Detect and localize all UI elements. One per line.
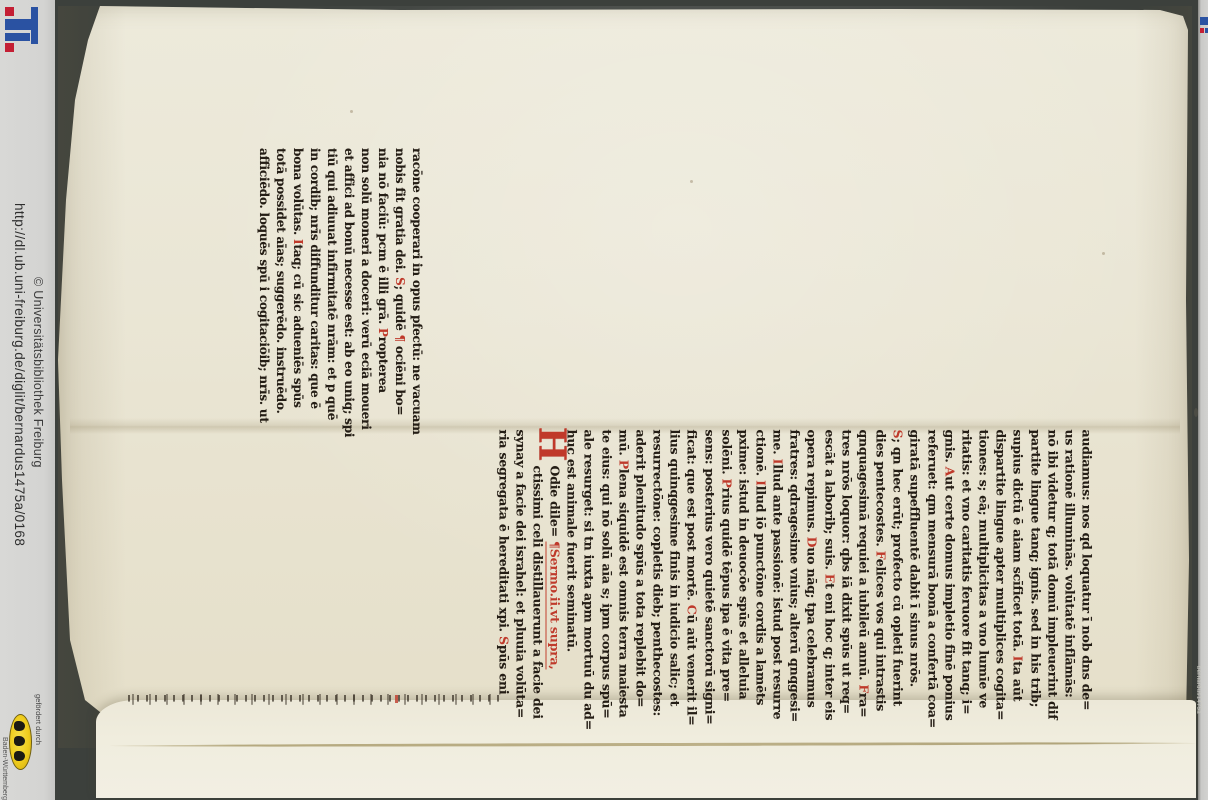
- paper-speck: [690, 180, 693, 183]
- paper-speck: [1102, 252, 1105, 255]
- manuscript-line: partite lingue tanq; ignis. sed in his t…: [1027, 430, 1044, 716]
- manuscript-line: opera repimus. Duo nāq; tpa celebramus: [804, 430, 821, 716]
- ink-text: ctissimi celi distillauerunt a facie dei: [531, 466, 546, 719]
- ink-text: ficat: que est post mortē.: [685, 430, 700, 605]
- manuscript-line: tiū qui adiuuat infirmitatē nrām: et p q…: [323, 148, 340, 420]
- manuscript-line: Odie dile= ¶Sermo.ii.vt supra,: [547, 430, 564, 716]
- ink-text: ociēni bo=: [393, 342, 407, 415]
- manuscript-line: us rationē illuminās. volūtatē inflāmās:: [1061, 430, 1078, 716]
- ink-text: Odie dile=: [548, 466, 563, 542]
- scan-sidebar-left: http://dl.ub.uni-freiburg.de/diglit/bern…: [0, 0, 55, 800]
- manuscript-line: S; qn hec erūt; profecto cū opleti fueri…: [890, 430, 907, 716]
- ink-text: dispartite lingue apter multiplices cogi…: [994, 430, 1009, 721]
- rubric-text: S: [891, 430, 906, 439]
- ink-text: tiones: s; eā; multiplicitas a vno lumīe…: [977, 430, 992, 709]
- ink-text: partite lingue tanq; ignis. sed in his t…: [1028, 430, 1043, 708]
- manuscript-line: racōne cooperari in opus pfectū: ne vacu…: [408, 148, 425, 420]
- ink-text: me.: [771, 430, 786, 459]
- ink-text: synay a facie dei israhel: et pluuia vol…: [513, 430, 528, 719]
- paper-speck: [350, 110, 353, 113]
- ink-text: te eius: qui nō solū aīa s; ipm corpus s…: [599, 430, 614, 719]
- rubric-text: F: [874, 551, 889, 559]
- manuscript-line: qnquagesimā requiei a iubileū annū. Fra=: [855, 430, 872, 716]
- ink-text: aderit plenitudo spūs a tota replebit do…: [633, 430, 648, 708]
- ink-text: ale resurget: si tn iuxta apm mortuū du …: [582, 430, 597, 730]
- shelfmark-label: bernardus1475a: [1195, 666, 1201, 714]
- manuscript-line: in cordib; nrīs diffunditur caritas: que…: [306, 148, 323, 420]
- underpage-text-sliver: [128, 694, 500, 706]
- ink-text: bona volūtas.: [291, 148, 305, 239]
- manuscript-line: synay a facie dei israhel: et pluuia vol…: [512, 430, 529, 716]
- rubric-text: E: [822, 574, 837, 583]
- ink-text: gnis.: [942, 430, 957, 467]
- baden-wuerttemberg-emblem-icon: [9, 714, 32, 770]
- ink-text: totā possidet aīas; suggerēdo. instruēdo…: [274, 148, 288, 414]
- ink-text: elices vos qui intrastis: [874, 559, 889, 711]
- ink-text: opera repimus.: [805, 430, 820, 537]
- rubric-text: S: [393, 277, 407, 285]
- manuscript-line: resurrectōne: copletis dieb; penthecoste…: [649, 430, 666, 716]
- rubric-text: ¶: [393, 335, 407, 342]
- rubric-text: P: [719, 479, 734, 488]
- ink-text: solēni.: [719, 430, 734, 479]
- manuscript-line: nobis fit gratia dei. S; quidē ¶ ociēni …: [391, 148, 408, 420]
- rubric-text: D: [805, 537, 820, 548]
- manuscript-line: nia nō faciū: pcm ē illi grā. Propterea: [374, 148, 391, 420]
- copyright-label: © Universitätsbibliothek Freiburg: [31, 277, 45, 468]
- manuscript-line: referuet: qm mensurā bonā a confertā coa…: [924, 430, 941, 716]
- ink-text: ria segregata ē hereditati xpi.: [496, 430, 511, 637]
- manuscript-line: ale resurget: si tn iuxta apm mortuū du …: [581, 430, 598, 716]
- ink-text: tiū qui adiuuat infirmitatē nrām: et p q…: [325, 148, 339, 420]
- rubric-text: S: [496, 636, 511, 645]
- ink-text: et affici ad bonū necesse est: ab eo uni…: [342, 148, 356, 437]
- manuscript-line: lius quinqgesime finis in iudicio salic;…: [667, 430, 684, 716]
- ink-text: lena siquidē est omnis terra maiesta: [616, 469, 631, 718]
- manuscript-line: ctionē. Illud iō punctōne cordis a lamēt…: [752, 430, 769, 716]
- ink-text: us rationē illuminās. volūtatē inflāmās:: [1062, 430, 1077, 698]
- ink-text: racōne cooperari in opus pfectū: ne vacu…: [410, 148, 424, 435]
- manuscript-line: fratres: qdragesime vnius; alterū qnqges…: [787, 430, 804, 716]
- manuscript-line: dies pentecostes. Felices vos qui intras…: [872, 430, 889, 716]
- ink-text: afficiēdo. loquēs spū i cogitaciōib; nrī…: [257, 148, 271, 423]
- ink-text: tres nrōs loquor: qbs iā dixit spūs ut r…: [839, 430, 854, 714]
- manuscript-column-b: audiamus: nos qd loquatur ī nob dns de=u…: [495, 430, 1096, 716]
- ink-text: mū.: [616, 430, 631, 460]
- manuscript-line: gnis. Aut certe domus impletio finē poni…: [941, 430, 958, 716]
- manuscript-line: escāt a laborib; suis. Et eni hoc q; int…: [821, 430, 838, 716]
- ink-text: nō ibi videtur q; totā domū impleuerint …: [1045, 430, 1060, 720]
- ink-text: ū aūt venerit il=: [685, 615, 700, 726]
- rubric-text: P: [376, 328, 390, 337]
- rubricated-initial: H: [533, 427, 571, 463]
- ink-text: non solū moneri a doceri: verū eciā moue…: [359, 148, 373, 430]
- ink-text: ropterea: [376, 337, 390, 393]
- ink-text: llud iō punctōne cordis a lamēts: [754, 486, 769, 705]
- ink-text: t eni hoc q; inter eis: [822, 583, 837, 720]
- ink-text: pūs eni: [496, 645, 511, 695]
- ink-text: ; qn hec erūt; profecto cū opleti fuerin…: [891, 438, 906, 706]
- ink-text: rius quidē tēpus ipa ē vita pre=: [719, 488, 734, 702]
- ink-text: ut certe domus impletio finē ponius: [942, 476, 957, 720]
- ink-text: supius dictū ē aiam scīficet totā.: [1011, 430, 1026, 656]
- underpage-red-mark: [395, 695, 398, 703]
- ink-text: taq; cū sic adueniēs spūs: [291, 244, 305, 407]
- manuscript-line: tiones: s; eā; multiplicitas a vno lumīe…: [975, 430, 992, 716]
- funding-partial-label: Baden-Württemberg: [1, 737, 8, 800]
- manuscript-line: audiamus: nos qd loquatur ī nob dns de=: [1078, 430, 1095, 716]
- manuscript-line: nō ibi videtur q; totā domū impleuerint …: [1044, 430, 1061, 716]
- manuscript-line: ria segregata ē hereditati xpi. Spūs eni: [495, 430, 512, 716]
- ink-text: uo nāq; tpa celebramus: [805, 547, 820, 707]
- ink-text: nia nō faciū: pcm ē illi grā.: [376, 148, 390, 328]
- manuscript-line: et affici ad bonū necesse est: ab eo uni…: [340, 148, 357, 420]
- manuscript-line: giratā supeffluentē dabit ī sinus nrōs.: [907, 430, 924, 716]
- ink-text: llud ante passionē: istud post resurre: [771, 464, 786, 719]
- manuscript-line: non solū moneri a doceri: verū eciā moue…: [357, 148, 374, 420]
- ink-text: dies pentecostes.: [874, 430, 889, 551]
- ink-text: resurrectōne: copletis dieb; penthecoste…: [651, 430, 666, 717]
- document-url-label: http://dl.ub.uni-freiburg.de/diglit/bern…: [12, 203, 27, 546]
- ink-text: lius quinqgesime finis in iudicio salic;…: [668, 430, 683, 707]
- manuscript-line: totā possidet aīas; suggerēdo. instruēdo…: [272, 148, 289, 420]
- ink-text: ritatis: et vno caritatis feruore fit ta…: [959, 430, 974, 715]
- rubric-text: A: [942, 467, 957, 477]
- manuscript-column-a: racōne cooperari in opus pfectū: ne vacu…: [255, 148, 425, 420]
- rubric-text: ¶Sermo.ii.vt supra,: [546, 541, 563, 670]
- manuscript-line: me. Illud ante passionē: istud post resu…: [770, 430, 787, 716]
- ink-text: pxime: istud in deuocōe spūs et alleluia: [736, 430, 751, 700]
- edge-strip-mark: [1194, 408, 1198, 417]
- funding-label: gefördert durch: [34, 694, 43, 745]
- ink-text: nobis fit gratia dei.: [393, 148, 407, 277]
- manuscript-line: te eius: qui nō solū aīa s; ipm corpus s…: [598, 430, 615, 716]
- manuscript-line: ctissimi celi distillauerunt a facie dei: [529, 430, 546, 716]
- ink-text: ; quidē: [393, 286, 407, 335]
- scan-viewer-page: { "sidebar": { "url": "http://dl.ub.uni-…: [0, 0, 1208, 800]
- manuscript-line: huc est animale fuerit seminatū.: [564, 430, 581, 716]
- rubric-text: C: [685, 605, 700, 615]
- ink-text: escāt a laborib; suis.: [822, 430, 837, 574]
- manuscript-line: sens: posterius vero quietē sanctorū sig…: [701, 430, 718, 716]
- manuscript-line: solēni. Prius quidē tēpus ipa ē vita pre…: [718, 430, 735, 716]
- ink-text: ctionē.: [754, 430, 769, 481]
- ink-text: giratā supeffluentē dabit ī sinus nrōs.: [908, 430, 923, 687]
- manuscript-line: tres nrōs loquor: qbs iā dixit spūs ut r…: [838, 430, 855, 716]
- manuscript-line: supius dictū ē aiam scīficet totā. Ita a…: [1010, 430, 1027, 716]
- manuscript-line: bona volūtas. Itaq; cū sic adueniēs spūs: [289, 148, 306, 420]
- ink-text: referuet: qm mensurā bonā a confertā coa…: [925, 430, 940, 729]
- manuscript-line: pxime: istud in deuocōe spūs et alleluia: [735, 430, 752, 716]
- ink-text: audiamus: nos qd loquatur ī nob dns de=: [1080, 430, 1095, 711]
- manuscript-line: aderit plenitudo spūs a tota replebit do…: [632, 430, 649, 716]
- manuscript-line: ritatis: et vno caritatis feruore fit ta…: [958, 430, 975, 716]
- ink-text: fratres: qdragesime vnius; alterū qnqges…: [788, 430, 803, 722]
- ink-text: qnquagesimā requiei a iubileū annū.: [856, 430, 871, 685]
- manuscript-line: dispartite lingue apter multiplices cogi…: [993, 430, 1010, 716]
- ink-text: ta aūt: [1011, 661, 1026, 701]
- ink-text: ra=: [856, 693, 871, 718]
- manuscript-line: mū. Plena siquidē est omnis terra maiest…: [615, 430, 632, 716]
- ink-text: in cordib; nrīs diffunditur caritas: que…: [308, 148, 322, 409]
- ink-text: huc est animale fuerit seminatū.: [565, 430, 580, 652]
- manuscript-line: afficiēdo. loquēs spū i cogitaciōib; nrī…: [255, 148, 272, 420]
- ink-text: sens: posterius vero quietē sanctorū sig…: [702, 430, 717, 725]
- manuscript-line: ficat: que est post mortē. Cū aūt veneri…: [684, 430, 701, 716]
